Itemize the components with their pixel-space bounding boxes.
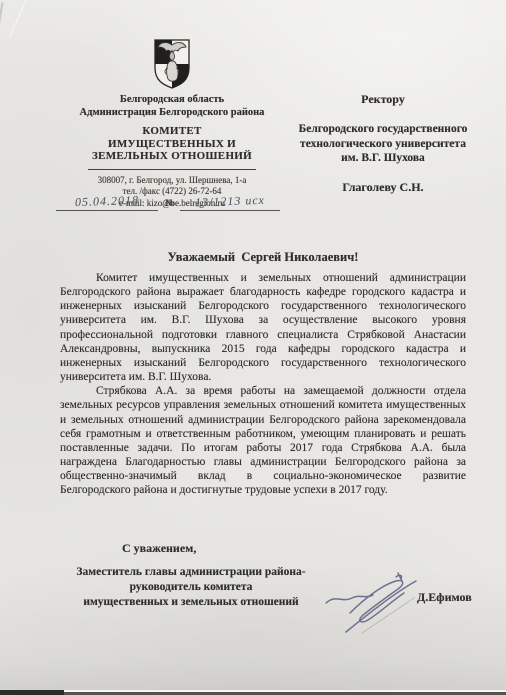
committee-line-3: ЗЕМЕЛЬНЫХ ОТНОШЕНИЙ [56,150,288,163]
addressee-org-line-1: Белгородского государственного [280,122,486,137]
signature-scribble [320,569,430,639]
body-paragraph-1: Комитет имущественных и земельных отноше… [60,271,466,384]
salutation: Уважаемый Сергей Николаевич! [60,250,466,265]
signer-title-line-3: имущественных и земельных отношений [60,595,322,610]
committee-line-2: ИМУЩЕСТВЕННЫХ И [56,138,288,151]
scan-bottom-edge-dark [0,690,64,695]
letterhead-administration: Администрация Белгородского района [56,106,288,119]
number-sign: № [158,198,180,211]
letter-body: Комитет имущественных и земельных отноше… [60,271,466,498]
addressee-organization: Белгородского государственного технологи… [280,122,486,166]
addressee-block: Ректору Белгородского государственного т… [280,92,486,195]
letterhead-committee: КОМИТЕТ ИМУЩЕСТВЕННЫХ И ЗЕМЕЛЬНЫХ ОТНОШЕ… [56,125,288,163]
addressee-org-line-3: им. В.Г. Шухова [280,151,486,166]
addressee-org-line-2: технологического университета [280,137,486,152]
signer-title-line-2: руководитель комитета [60,580,322,595]
letterhead-region: Белгородская область [56,93,288,106]
committee-line-1: КОМИТЕТ [56,125,288,138]
body-paragraph-2: Стрябкова А.А. за время работы на замеща… [60,384,466,497]
letterhead-divider [88,169,256,170]
signer-title-line-1: Заместитель главы администрации района- [60,565,322,580]
addressee-to: Ректору [280,92,486,107]
addressee-person: Глаголеву С.Н. [280,180,486,195]
paper-crease-top-left-light [9,0,29,38]
valediction: С уважением, [122,541,196,556]
scanned-letter-page: Белгородская область Администрация Белго… [0,0,506,695]
handwritten-outgoing-number: 13/1213 исх [180,194,280,211]
letterhead-postal-address: 308007, г. Белгород, ул. Шершнева, 1-а [56,175,288,187]
signer-name: Д.Ефимов [417,590,472,605]
belgorod-coat-of-arms-icon [152,38,192,90]
paper-crease-top-left [0,2,3,71]
date-number-line: 05.04.2018 № 13/1213 исх [56,194,282,211]
lion-figure [167,61,178,81]
letterhead: Белгородская область Администрация Белго… [56,38,288,210]
handwritten-date: 05.04.2018 [56,194,158,211]
signer-title: Заместитель главы администрации района- … [60,565,322,609]
